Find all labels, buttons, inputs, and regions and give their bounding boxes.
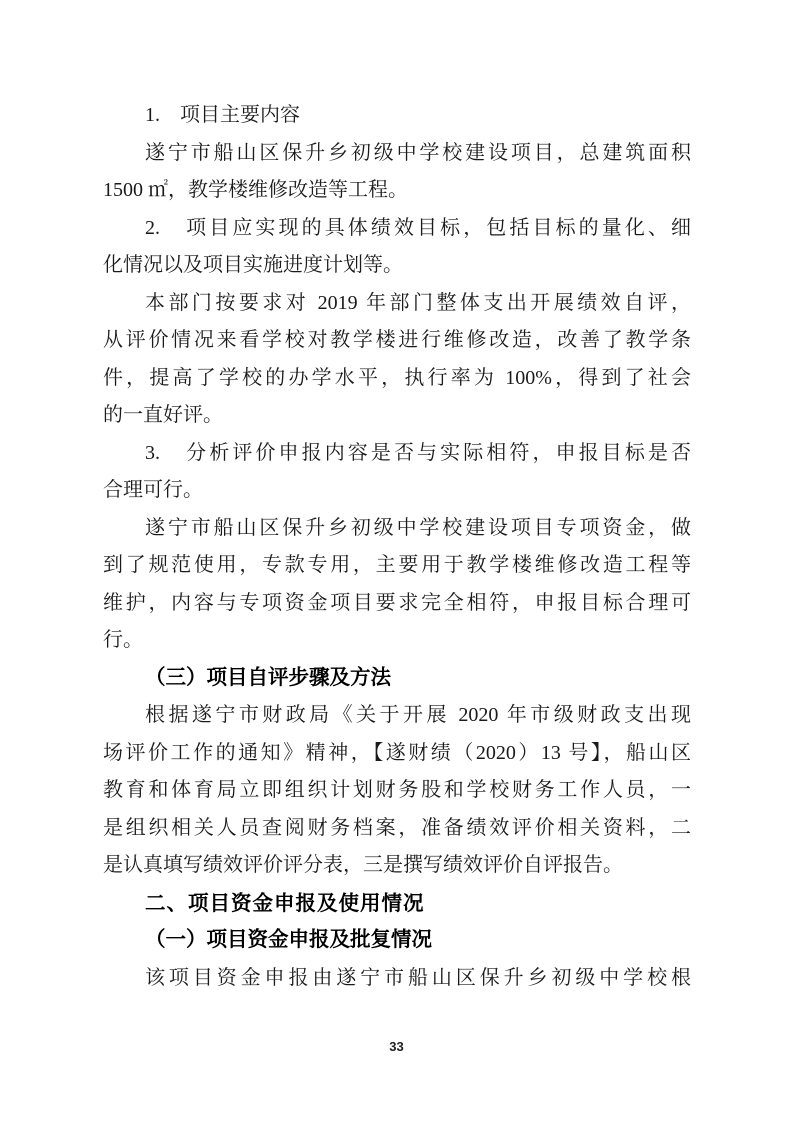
- item-3-line: 3. 分析评价申报内容是否与实际相符，申报目标是否: [103, 435, 691, 473]
- item-1-title-line: 1. 项目主要内容: [103, 97, 691, 135]
- paragraph-line: 场评价工作的通知》精神，【遂财绩（2020）13 号】，船山区: [103, 735, 691, 773]
- paragraph-line: 本部门按要求对 2019 年部门整体支出开展绩效自评，: [103, 285, 691, 323]
- paragraph-line: 维护，内容与专项资金项目要求完全相符，申报目标合理可: [103, 585, 691, 623]
- heading-section-1: （一）项目资金申报及批复情况: [103, 922, 691, 960]
- paragraph-line: 从评价情况来看学校对教学楼进行维修改造，改善了教学条: [103, 322, 691, 360]
- paragraph-line: 到了规范使用，专款专用，主要用于教学楼维修改造工程等: [103, 547, 691, 585]
- item-2-line: 2. 项目应实现的具体绩效目标，包括目标的量化、细: [103, 210, 691, 248]
- paragraph-line: 的一直好评。: [103, 397, 691, 435]
- paragraph-line: 化情况以及项目实施进度计划等。: [103, 247, 691, 285]
- heading-chapter-2: 二、项目资金申报及使用情况: [103, 885, 691, 923]
- paragraph-line: 件，提高了学校的办学水平，执行率为 100%，得到了社会: [103, 360, 691, 398]
- paragraph-line: 行。: [103, 622, 691, 660]
- page-body-text: 1. 项目主要内容 遂宁市船山区保升乡初级中学校建设项目，总建筑面积 1500 …: [103, 97, 691, 997]
- paragraph-line: 遂宁市船山区保升乡初级中学校建设项目，总建筑面积: [103, 135, 691, 173]
- paragraph-line: 教育和体育局立即组织计划财务股和学校财务工作人员，一: [103, 772, 691, 810]
- heading-section-3: （三）项目自评步骤及方法: [103, 660, 691, 698]
- paragraph-line: 1500 ㎡，教学楼维修改造等工程。: [103, 172, 691, 210]
- document-page: 1. 项目主要内容 遂宁市船山区保升乡初级中学校建设项目，总建筑面积 1500 …: [0, 0, 793, 1122]
- paragraph-line: 是认真填写绩效评价评分表，三是撰写绩效评价自评报告。: [103, 847, 691, 885]
- paragraph-line: 合理可行。: [103, 472, 691, 510]
- paragraph-line: 遂宁市船山区保升乡初级中学校建设项目专项资金，做: [103, 510, 691, 548]
- page-number: 33: [0, 1039, 793, 1055]
- paragraph-line: 该项目资金申报由遂宁市船山区保升乡初级中学校根: [103, 960, 691, 998]
- paragraph-line: 是组织相关人员查阅财务档案，准备绩效评价相关资料，二: [103, 810, 691, 848]
- paragraph-line: 根据遂宁市财政局《关于开展 2020 年市级财政支出现: [103, 697, 691, 735]
